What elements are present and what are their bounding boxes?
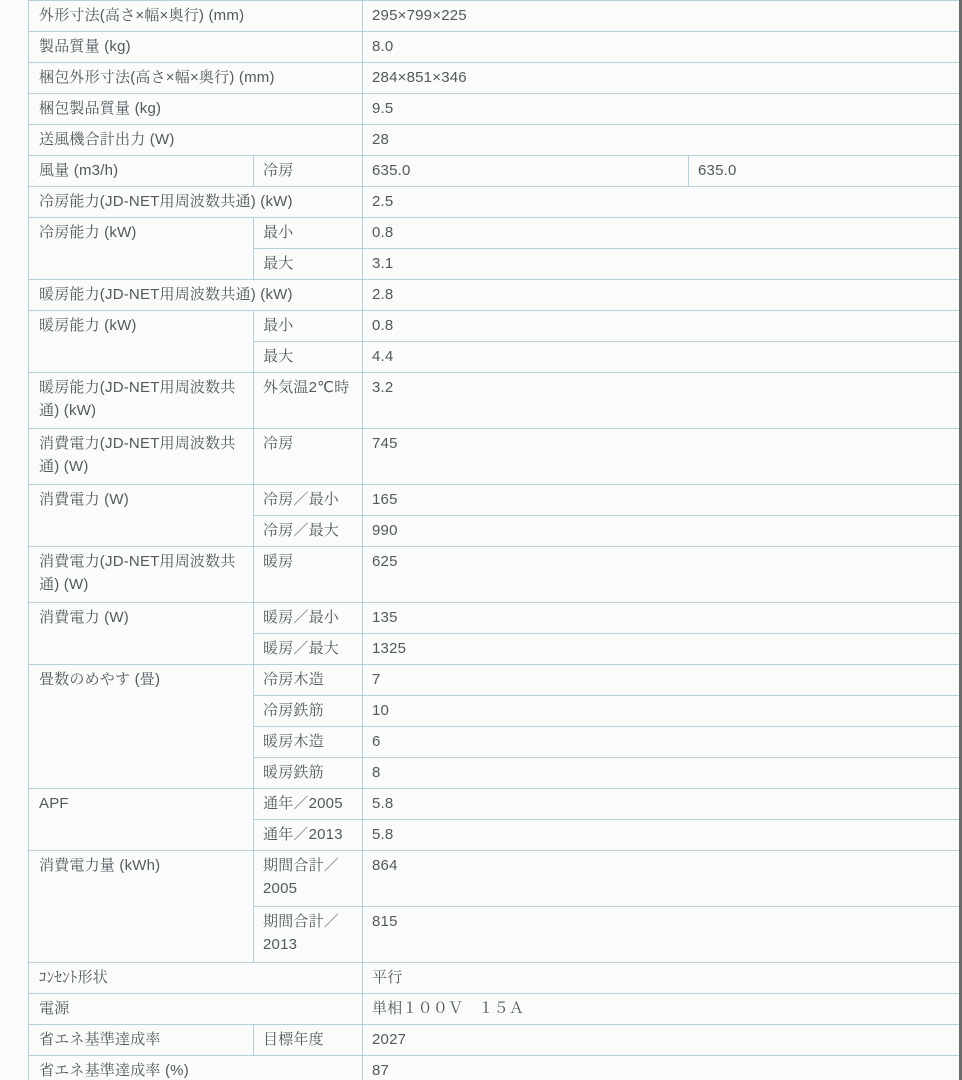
spec-label-cell: ｺﾝｾﾝﾄ形状: [29, 963, 363, 994]
spec-sublabel-cell: 冷房: [254, 429, 363, 485]
spec-sublabel-cell: 外気温2℃時: [254, 373, 363, 429]
spec-value-cell: 5.8: [363, 789, 962, 820]
table-row: 製品質量 (kg)8.0: [29, 32, 962, 63]
spec-value-cell: 2027: [363, 1025, 962, 1056]
spec-value-cell: 5.8: [363, 820, 962, 851]
table-row: 梱包外形寸法(高さ×幅×奥行) (mm)284×851×346: [29, 63, 962, 94]
spec-sublabel-cell: 通年／2005: [254, 789, 363, 820]
table-row: 省エネ基準達成率目標年度2027: [29, 1025, 962, 1056]
spec-value-cell: 815: [363, 907, 962, 963]
spec-label-cell: 消費電力量 (kWh): [29, 851, 254, 963]
table-row: 暖房能力(JD-NET用周波数共通) (kW)外気温2℃時3.2: [29, 373, 962, 429]
spec-label-cell: 省エネ基準達成率 (%): [29, 1056, 363, 1080]
spec-table: 外形寸法(高さ×幅×奥行) (mm)295×799×225製品質量 (kg)8.…: [28, 0, 962, 1080]
spec-label-cell: 風量 (m3/h): [29, 156, 254, 187]
spec-label-cell: 省エネ基準達成率: [29, 1025, 254, 1056]
table-row: 外形寸法(高さ×幅×奥行) (mm)295×799×225: [29, 1, 962, 32]
spec-sublabel-cell: 期間合計／2005: [254, 851, 363, 907]
spec-sublabel-cell: 冷房木造: [254, 665, 363, 696]
spec-label-cell: 暖房能力(JD-NET用周波数共通) (kW): [29, 373, 254, 429]
spec-value-cell: 1325: [363, 634, 962, 665]
spec-sublabel-cell: 期間合計／2013: [254, 907, 363, 963]
spec-label-cell: 暖房能力 (kW): [29, 311, 254, 373]
spec-value-cell: 2.5: [363, 187, 962, 218]
table-row: 梱包製品質量 (kg)9.5: [29, 94, 962, 125]
spec-sublabel-cell: 最大: [254, 249, 363, 280]
spec-value-cell: 0.8: [363, 311, 962, 342]
spec-value-cell: 3.2: [363, 373, 962, 429]
spec-label-cell: 冷房能力(JD-NET用周波数共通) (kW): [29, 187, 363, 218]
spec-value-cell: 6: [363, 727, 962, 758]
spec-sublabel-cell: 暖房鉄筋: [254, 758, 363, 789]
spec-value-cell: 745: [363, 429, 962, 485]
spec-sublabel-cell: 最小: [254, 311, 363, 342]
spec-sublabel-cell: 通年／2013: [254, 820, 363, 851]
table-row: 送風機合計出力 (W)28: [29, 125, 962, 156]
spec-sublabel-cell: 冷房鉄筋: [254, 696, 363, 727]
spec-value-cell: 9.5: [363, 94, 962, 125]
spec-value-cell: 990: [363, 516, 962, 547]
spec-label-cell: 消費電力(JD-NET用周波数共通) (W): [29, 547, 254, 603]
spec-label-cell: 暖房能力(JD-NET用周波数共通) (kW): [29, 280, 363, 311]
spec-value-cell: 0.8: [363, 218, 962, 249]
spec-sublabel-cell: 冷房／最小: [254, 485, 363, 516]
spec-table-body: 外形寸法(高さ×幅×奥行) (mm)295×799×225製品質量 (kg)8.…: [29, 1, 962, 1080]
spec-label-cell: 消費電力(JD-NET用周波数共通) (W): [29, 429, 254, 485]
spec-label-cell: 消費電力 (W): [29, 485, 254, 547]
spec-page: 外形寸法(高さ×幅×奥行) (mm)295×799×225製品質量 (kg)8.…: [28, 0, 962, 1080]
spec-value-cell: 7: [363, 665, 962, 696]
spec-label-cell: 冷房能力 (kW): [29, 218, 254, 280]
spec-value-cell: 635.0: [689, 156, 962, 187]
table-row: 消費電力(JD-NET用周波数共通) (W)冷房745: [29, 429, 962, 485]
spec-label-cell: 消費電力 (W): [29, 603, 254, 665]
spec-value-cell: 2.8: [363, 280, 962, 311]
spec-value-cell: 635.0: [363, 156, 689, 187]
spec-value-cell: 87: [363, 1056, 962, 1080]
table-row: 冷房能力(JD-NET用周波数共通) (kW)2.5: [29, 187, 962, 218]
table-row: 冷房能力 (kW)最小0.8: [29, 218, 962, 249]
spec-value-cell: 4.4: [363, 342, 962, 373]
spec-value-cell: 165: [363, 485, 962, 516]
spec-value-cell: 135: [363, 603, 962, 634]
spec-value-cell: 28: [363, 125, 962, 156]
table-row: 省エネ基準達成率 (%)87: [29, 1056, 962, 1080]
spec-sublabel-cell: 冷房: [254, 156, 363, 187]
spec-label-cell: 製品質量 (kg): [29, 32, 363, 63]
spec-value-cell: 284×851×346: [363, 63, 962, 94]
spec-label-cell: 送風機合計出力 (W): [29, 125, 363, 156]
spec-value-cell: 8.0: [363, 32, 962, 63]
table-row: 消費電力量 (kWh)期間合計／2005864: [29, 851, 962, 907]
spec-value-cell: 3.1: [363, 249, 962, 280]
table-row: 風量 (m3/h)冷房635.0635.0: [29, 156, 962, 187]
spec-sublabel-cell: 最小: [254, 218, 363, 249]
spec-label-cell: 畳数のめやす (畳): [29, 665, 254, 789]
spec-value-cell: 8: [363, 758, 962, 789]
table-row: 消費電力 (W)冷房／最小165: [29, 485, 962, 516]
spec-value-cell: 625: [363, 547, 962, 603]
spec-label-cell: APF: [29, 789, 254, 851]
spec-sublabel-cell: 暖房／最小: [254, 603, 363, 634]
table-row: 暖房能力(JD-NET用周波数共通) (kW)2.8: [29, 280, 962, 311]
table-row: 消費電力 (W)暖房／最小135: [29, 603, 962, 634]
table-row: ｺﾝｾﾝﾄ形状平行: [29, 963, 962, 994]
spec-sublabel-cell: 暖房／最大: [254, 634, 363, 665]
table-row: 暖房能力 (kW)最小0.8: [29, 311, 962, 342]
spec-label-cell: 梱包外形寸法(高さ×幅×奥行) (mm): [29, 63, 363, 94]
spec-sublabel-cell: 暖房: [254, 547, 363, 603]
spec-label-cell: 梱包製品質量 (kg): [29, 94, 363, 125]
table-row: 消費電力(JD-NET用周波数共通) (W)暖房625: [29, 547, 962, 603]
spec-sublabel-cell: 冷房／最大: [254, 516, 363, 547]
spec-value-cell: 10: [363, 696, 962, 727]
spec-sublabel-cell: 目標年度: [254, 1025, 363, 1056]
spec-value-cell: 単相１００Ｖ １５Ａ: [363, 994, 962, 1025]
spec-label-cell: 電源: [29, 994, 363, 1025]
spec-label-cell: 外形寸法(高さ×幅×奥行) (mm): [29, 1, 363, 32]
spec-sublabel-cell: 最大: [254, 342, 363, 373]
table-row: 電源単相１００Ｖ １５Ａ: [29, 994, 962, 1025]
table-row: APF通年／20055.8: [29, 789, 962, 820]
spec-value-cell: 864: [363, 851, 962, 907]
spec-value-cell: 295×799×225: [363, 1, 962, 32]
spec-value-cell: 平行: [363, 963, 962, 994]
spec-sublabel-cell: 暖房木造: [254, 727, 363, 758]
table-row: 畳数のめやす (畳)冷房木造7: [29, 665, 962, 696]
